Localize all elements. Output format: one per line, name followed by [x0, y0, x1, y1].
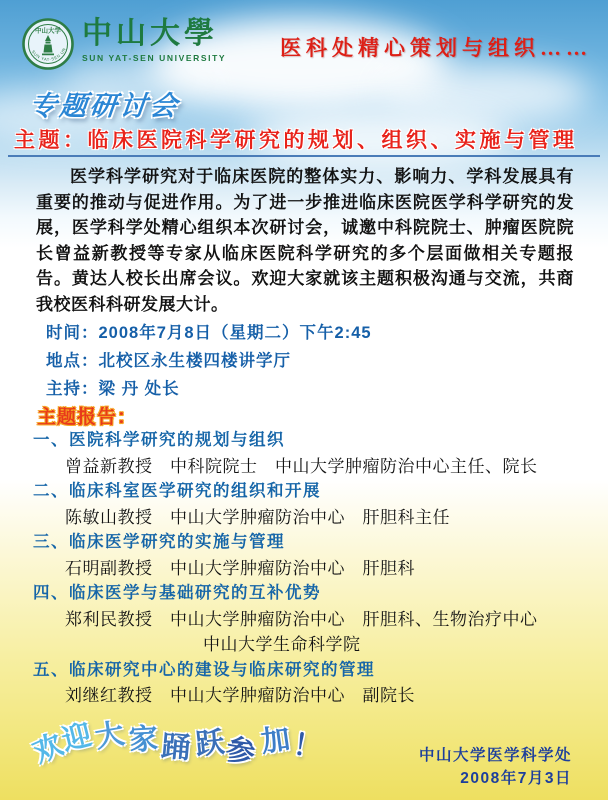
university-names: 中山大學 SUN YAT-SEN UNIVERSITY [82, 18, 226, 63]
report-speaker: 郑利民教授 中山大学肿瘤防治中心 肝胆科、生物治疗中心 [33, 607, 594, 633]
report-item: 五、临床研究中心的建设与临床研究的管理 刘继红教授 中山大学肿瘤防治中心 副院长 [33, 658, 594, 709]
welcome-char: 大 [91, 710, 127, 755]
report-speaker: 陈敏山教授 中山大学肿瘤防治中心 肝胆科主任 [33, 505, 594, 531]
university-name-en: SUN YAT-SEN UNIVERSITY [82, 53, 226, 63]
footer: 中山大学医学科学处 2008年7月3日 [419, 744, 572, 790]
report-item: 三、临床医学研究的实施与管理 石明副教授 中山大学肿瘤防治中心 肝胆科 [33, 530, 594, 581]
session-info: 时间：2008年7月8日（星期二）下午2:45 地点：北校区永生楼四楼讲学厅 主… [46, 319, 372, 403]
welcome-char: 跃 [193, 719, 226, 763]
info-place-value: 北校区永生楼四楼讲学厅 [99, 352, 292, 370]
report-topic-text: 临床医学研究的实施与管理 [69, 533, 285, 551]
report-topic: 四、临床医学与基础研究的互补优势 [33, 581, 594, 607]
footer-date: 2008年7月3日 [419, 767, 572, 790]
header: 中山大学 SUN YAT-SEN UNIVERSITY 中山大學 SUN YAT… [22, 18, 592, 70]
report-number: 五、 [33, 661, 69, 679]
report-number: 一、 [33, 431, 69, 449]
report-topic-text: 临床研究中心的建设与临床研究的管理 [69, 661, 375, 679]
info-time: 时间：2008年7月8日（星期二）下午2:45 [46, 319, 372, 347]
report-topic: 三、临床医学研究的实施与管理 [33, 530, 594, 556]
report-number: 四、 [33, 584, 69, 602]
title-underline [8, 155, 600, 157]
report-item: 二、临床科室医学研究的组织和开展 陈敏山教授 中山大学肿瘤防治中心 肝胆科主任 [33, 479, 594, 530]
report-item: 一、医院科学研究的规划与组织 曾益新教授 中科院院士 中山大学肿瘤防治中心主任、… [33, 428, 594, 479]
welcome-char: 踊 [160, 723, 192, 766]
welcome-char: 参 [223, 726, 259, 771]
welcome-text: 欢迎大家踊跃参加！ [28, 708, 325, 772]
report-topic-text: 临床医学与基础研究的互补优势 [69, 584, 321, 602]
report-speaker: 石明副教授 中山大学肿瘤防治中心 肝胆科 [33, 556, 594, 582]
reports-list: 一、医院科学研究的规划与组织 曾益新教授 中科院院士 中山大学肿瘤防治中心主任、… [33, 428, 594, 709]
svg-text:中山大学: 中山大学 [35, 26, 62, 35]
info-time-label: 时间： [46, 324, 99, 342]
info-place: 地点：北校区永生楼四楼讲学厅 [46, 347, 372, 375]
info-time-value: 2008年7月8日（星期二）下午2:45 [99, 324, 372, 342]
university-name-zh: 中山大學 [82, 18, 226, 50]
intro-paragraph: 医学科学研究对于临床医院的整体实力、影响力、学科发展具有重要的推动与促进作用。为… [36, 164, 574, 317]
university-logo: 中山大学 SUN YAT-SEN UNIVERSITY 中山大學 SUN YAT… [22, 18, 226, 70]
report-item: 四、临床医学与基础研究的互补优势 郑利民教授 中山大学肿瘤防治中心 肝胆科、生物… [33, 581, 594, 658]
report-topic: 二、临床科室医学研究的组织和开展 [33, 479, 594, 505]
report-speaker: 曾益新教授 中科院院士 中山大学肿瘤防治中心主任、院长 [33, 454, 594, 480]
poster-title: 主题：临床医院科学研究的规划、组织、实施与管理 [14, 124, 604, 154]
info-place-label: 地点： [46, 352, 99, 370]
seminar-type-badge: 专题研讨会 [28, 84, 182, 123]
welcome-char: 家 [128, 716, 159, 758]
reports-heading: 主题报告： [37, 402, 137, 429]
report-number: 二、 [33, 482, 69, 500]
seminar-poster: 中山大学 SUN YAT-SEN UNIVERSITY 中山大學 SUN YAT… [0, 0, 608, 800]
report-speaker: 刘继红教授 中山大学肿瘤防治中心 副院长 [33, 683, 594, 709]
university-seal-icon: 中山大学 SUN YAT-SEN UNIVERSITY [22, 18, 74, 70]
report-speaker-secondary: 中山大学生命科学院 [33, 632, 594, 658]
report-topic: 一、医院科学研究的规划与组织 [33, 428, 594, 454]
header-slogan: 医科处精心策划与组织…… [280, 32, 592, 62]
info-host: 主持：梁 丹 处长 [46, 375, 372, 403]
footer-org: 中山大学医学科学处 [419, 744, 572, 767]
info-host-label: 主持： [46, 380, 99, 398]
report-number: 三、 [33, 533, 69, 551]
report-topic-text: 临床科室医学研究的组织和开展 [69, 482, 321, 500]
welcome-char: ！ [291, 722, 325, 767]
welcome-char: 加 [258, 716, 292, 761]
report-topic-text: 医院科学研究的规划与组织 [69, 431, 285, 449]
info-host-value: 梁 丹 处长 [99, 380, 180, 398]
report-topic: 五、临床研究中心的建设与临床研究的管理 [33, 658, 594, 684]
